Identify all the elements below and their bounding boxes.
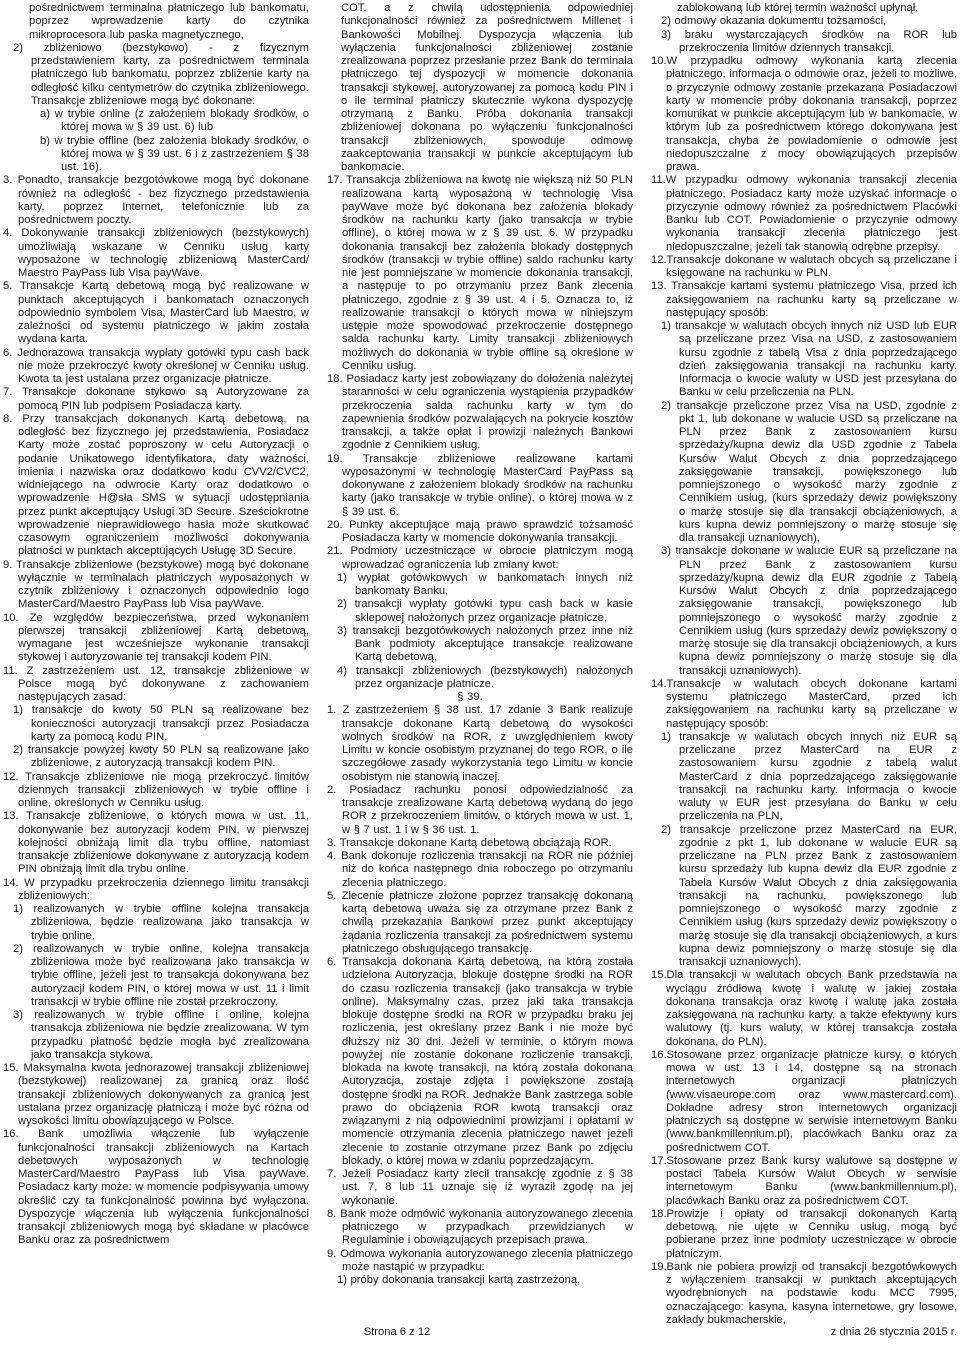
paragraph: 18. Posiadacz karty jest zobowiązany do …	[327, 373, 633, 453]
paragraph: 10.W przypadku odmowy wykonania kartą zl…	[651, 55, 957, 174]
paragraph: 2) transakcje przeliczone przez MasterCa…	[661, 824, 957, 970]
paragraph: 2) zbliżeniowo (bezstykowo) - z fizyczny…	[13, 42, 309, 108]
paragraph: 5. Zlecenie płatnicze złożone poprzez tr…	[327, 890, 633, 956]
paragraph: 3) realizowanych w trybie offline i onli…	[13, 1009, 309, 1062]
paragraph: 2) realizowanych w trybie online, kolejn…	[13, 943, 309, 1009]
paragraph: 3) braku wystarczających środków na ROR …	[661, 29, 957, 56]
paragraph: 1) transakcje do kwoty 50 PLN są realizo…	[13, 704, 309, 744]
paragraph: 11.W przypadku odmowy wykonania transakc…	[651, 174, 957, 254]
paragraph: 6. Jednorazowa transakcja wypłaty gotówk…	[3, 347, 309, 387]
paragraph: 17. Transakcja zbliżeniowa na kwotę nie …	[327, 174, 633, 373]
paragraph: 2) odmowy okazania dokumentu tożsamości,	[661, 15, 957, 28]
paragraph: 17.Stosowane przez Bank kursy walutowe s…	[651, 1155, 957, 1208]
page-number-label: Strona 6 z 12	[0, 1326, 877, 1339]
paragraph: 13. Transakcje zbliżeniowe, o których mo…	[3, 810, 309, 876]
paragraph: 14. W przypadku przekroczenia dziennego …	[3, 877, 309, 904]
paragraph: 19. Transakcje zbliżeniowe realizowane k…	[327, 453, 633, 519]
paragraph: b) w trybie offline (bez założenia bloka…	[40, 135, 309, 175]
paragraph: 3) transakcje dokonane w walucie EUR są …	[661, 545, 957, 678]
document-date-label: z dnia 26 stycznia 2015 r.	[831, 1326, 957, 1339]
column-1: pośrednictwem terminalna płatniczego lub…	[3, 2, 309, 1327]
paragraph: 18.Prowizje i opłaty od transakcji dokon…	[651, 1208, 957, 1261]
column-2: COT, a z chwilą udostępnienia odpowiedni…	[327, 2, 633, 1327]
paragraph: 1) próby dokonania transakcji kartą zast…	[337, 1274, 633, 1287]
paragraph: 4) transakcji zbliżeniowych (bezstykowyc…	[337, 665, 633, 692]
paragraph: 1) realizowanych w trybie offline kolejn…	[13, 903, 309, 943]
paragraph: pośrednictwem terminalna płatniczego lub…	[29, 2, 309, 42]
column-3: zablokowaną lub której termin ważności u…	[651, 2, 957, 1327]
document-page: pośrednictwem terminalna płatniczego lub…	[0, 0, 960, 1327]
paragraph: 9. Odmowa wykonania autoryzowanego zlece…	[327, 1248, 633, 1275]
paragraph: 8. Bank może odmówić wykonania autoryzow…	[327, 1208, 633, 1248]
paragraph: 5. Transakcje Kartą debetową mogą być re…	[3, 280, 309, 346]
paragraph: 8. Przy transakcjach dokonanych Kartą de…	[3, 413, 309, 559]
paragraph: 16. Bank umożliwia włączenie lub wyłącze…	[3, 1128, 309, 1247]
paragraph: 1. Z zastrzeżeniem § 38 ust. 17 zdanie 3…	[327, 704, 633, 784]
paragraph: 9. Transakcje zbliżeniowe (bezstykowe) m…	[3, 559, 309, 612]
paragraph: 3. Transakcje dokonane Kartą debetową ob…	[327, 837, 633, 850]
paragraph: § 39.	[327, 691, 633, 704]
paragraph: 15.Dla transakcji w walutach obcych Bank…	[651, 969, 957, 1049]
paragraph: COT, a z chwilą udostępnienia odpowiedni…	[341, 2, 633, 174]
paragraph: 10. Ze względów bezpieczeństwa, przed wy…	[3, 612, 309, 665]
paragraph: 12.Transakcje dokonane w walutach obcych…	[651, 254, 957, 281]
paragraph: 12. Transakcje zbliżeniowe nie mogą prze…	[3, 771, 309, 811]
paragraph: 7. Transakcje dokonane stykowo są Autory…	[3, 386, 309, 413]
paragraph: 7. Jeżeli Posiadacz karty zlecił transak…	[327, 1168, 633, 1208]
paragraph: 1) transakcje w walutach obcych innych n…	[661, 731, 957, 824]
paragraph: zablokowaną lub której termin ważności u…	[677, 2, 957, 15]
paragraph: 14.Transakcje w walutach obcych dokonane…	[651, 678, 957, 731]
paragraph: 3. Ponadto, transakcje bezgotówkowe mogą…	[3, 174, 309, 227]
paragraph: a) w trybie online (z założeniem blokady…	[40, 108, 309, 135]
paragraph: 15. Maksymalna kwota jednorazowej transa…	[3, 1062, 309, 1128]
paragraph: 21. Podmioty uczestniczące w obrocie pła…	[327, 545, 633, 572]
paragraph: 3) transakcji bezgotówkowych nałożonych …	[337, 625, 633, 665]
paragraph: 11. Z zastrzeżeniem ust. 12, transakcje …	[3, 665, 309, 705]
paragraph: 16.Stosowane przez organizacje płatnicze…	[651, 1049, 957, 1155]
paragraph: 1) transakcje w walutach obcych innych n…	[661, 320, 957, 400]
paragraph: 2) transakcji wypłaty gotówki typu cash …	[337, 598, 633, 625]
paragraph: 2) transakcje powyżej kwoty 50 PLN są re…	[13, 744, 309, 771]
paragraph: 2) transakcje przeliczone przez Visa na …	[661, 400, 957, 546]
paragraph: 4. Dokonywanie transakcji zbliżeniowych …	[3, 227, 309, 280]
paragraph: 13. Transakcje kartami systemu płatnicze…	[651, 280, 957, 320]
paragraph: 19.Bank nie pobiera prowizji od transakc…	[651, 1261, 957, 1327]
paragraph: 2. Posiadacz rachunku ponosi odpowiedzia…	[327, 784, 633, 837]
paragraph: 20. Punkty akceptujące mają prawo sprawd…	[327, 519, 633, 546]
paragraph: 6. Transakcja dokonana Kartą debetową, n…	[327, 956, 633, 1168]
page-footer: Strona 6 z 12 z dnia 26 stycznia 2015 r.	[0, 1326, 960, 1342]
paragraph: 1) wypłat gotówkowych w bankomatach inny…	[337, 572, 633, 599]
paragraph: 4. Bank dokonuje rozliczenia transakcji …	[327, 850, 633, 890]
